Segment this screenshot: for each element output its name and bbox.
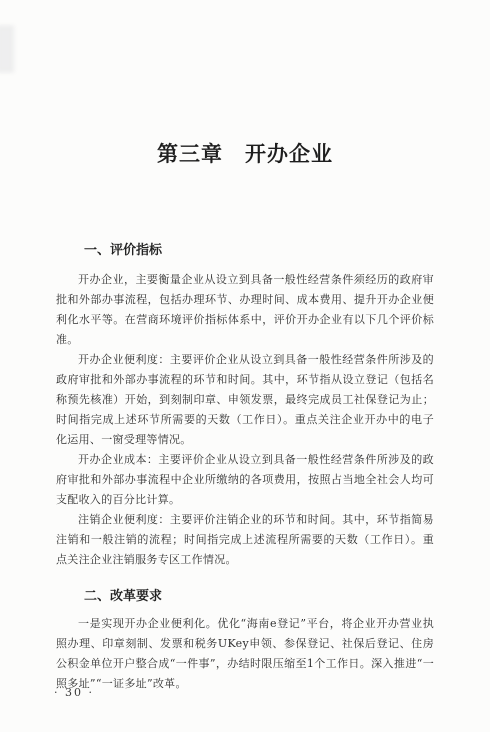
paragraph-startup-convenience: 开办企业便利度：主要评价企业从设立到具备一般性经营条件所涉及的政府审批和外部办事… (56, 350, 434, 450)
page-content: 第三章 开办企业 一、评价指标 开办企业，主要衡量企业从设立到具备一般性经营条件… (56, 0, 434, 694)
section-heading-reform-requirements: 二、改革要求 (56, 588, 434, 606)
section-heading-evaluation-indicators: 一、评价指标 (56, 242, 434, 260)
document-page: 第三章 开办企业 一、评价指标 开办企业，主要衡量企业从设立到具备一般性经营条件… (0, 0, 490, 732)
chapter-title: 第三章 开办企业 (56, 140, 434, 168)
scan-smudge-artifact (0, 26, 14, 72)
paragraph-business-startup-overview: 开办企业，主要衡量企业从设立到具备一般性经营条件须经历的政府审批和外部办事流程，… (56, 270, 434, 350)
paragraph-reform-measure-one: 一是实现开办企业便利化。优化“海南e登记”平台，将企业开办营业执照办理、印章刻制… (56, 614, 434, 694)
page-number: · 30 · (54, 686, 94, 700)
paragraph-deregistration-convenience: 注销企业便利度：主要评价注销企业的环节和时间。其中，环节指简易注销和一般注销的流… (56, 510, 434, 570)
paragraph-startup-cost: 开办企业成本：主要评价企业从设立到具备一般性经营条件所涉及的政府审批和外部办事流… (56, 450, 434, 510)
